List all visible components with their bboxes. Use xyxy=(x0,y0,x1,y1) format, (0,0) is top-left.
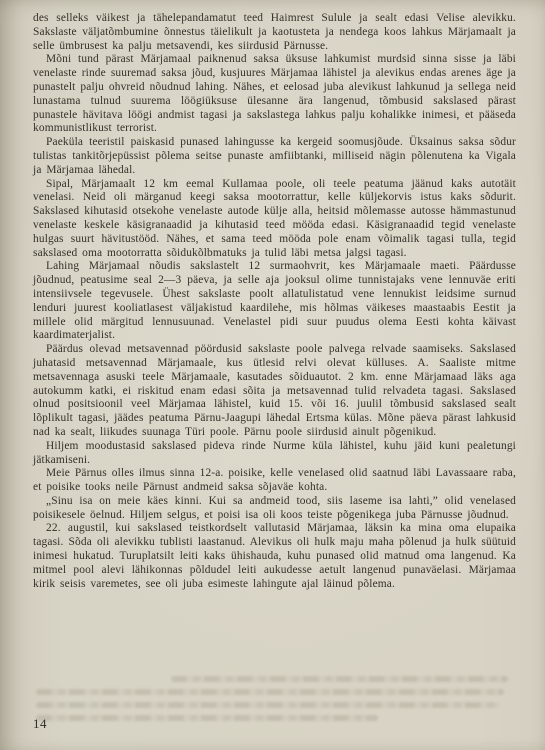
paragraph: Meie Pärnus olles ilmus sinna 12-a. pois… xyxy=(33,467,516,495)
paragraph: 22. augustil, kui sakslased teistkordsel… xyxy=(33,522,516,591)
paragraph: Sipal, Märjamaalt 12 km eemal Kullamaa p… xyxy=(33,178,516,261)
bleedthrough-line xyxy=(36,702,499,708)
paragraph: Mõni tund pärast Märjamaal paiknenud sak… xyxy=(33,53,516,136)
paragraph: Hiljem moodustasid sakslased pideva rind… xyxy=(33,440,516,468)
bleedthrough-line xyxy=(36,715,378,721)
book-page: des selleks väikest ja tähelepandamatut … xyxy=(0,0,545,750)
paragraph: „Sinu isa on meie käes kinni. Kui sa and… xyxy=(33,495,516,523)
paragraph: des selleks väikest ja tähelepandamatut … xyxy=(33,12,516,53)
page-number: 14 xyxy=(33,716,47,732)
page-text-block: des selleks väikest ja tähelepandamatut … xyxy=(33,12,516,591)
bleedthrough-line xyxy=(36,689,504,695)
paragraph: Lahing Märjamaal nõudis sakslastelt 12 s… xyxy=(33,260,516,343)
reverse-side-bleedthrough xyxy=(36,676,518,728)
paragraph: Paeküla teeristil paiskasid punased lahi… xyxy=(33,136,516,177)
bleedthrough-line xyxy=(171,676,508,682)
paragraph: Päärdus olevad metsavennad pöördusid sak… xyxy=(33,343,516,440)
